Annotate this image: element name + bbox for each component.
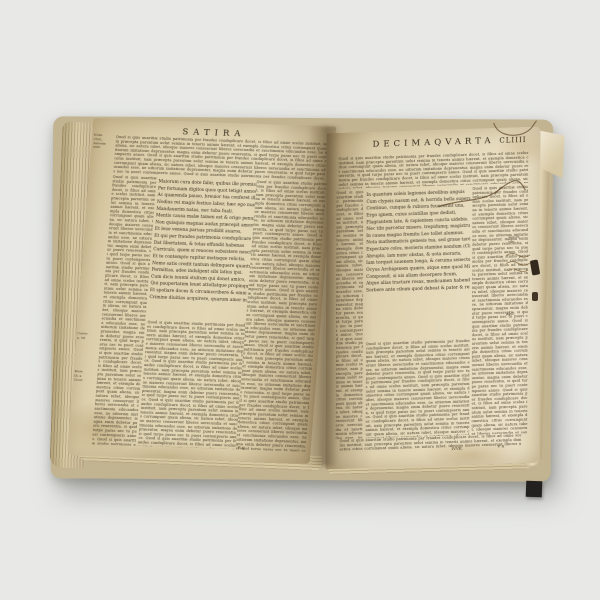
fore-edge-ink-stain [532, 292, 538, 301]
verse-text-block: Maiorum cura dote fabir, quibus ille pro… [148, 178, 257, 319]
signature-mark-right: V ii [497, 443, 521, 453]
commentary-text-block: Quod si quis auaritiæ studio patrimonia … [138, 320, 246, 449]
margin-note-annotatum: Annota tum. [508, 235, 530, 250]
left-page: SATIRA IOAn. CVIL. Antonia num Curtio p.… [67, 118, 336, 464]
photo-background: SATIRA IOAn. CVIL. Antonia num Curtio p.… [0, 0, 600, 600]
handwritten-ink-flourish [434, 177, 529, 216]
handwritten-ink-curve [493, 121, 537, 142]
margin-label-aic: AIC. [506, 311, 528, 321]
book-support-clip [526, 481, 543, 498]
gutter-shadow [305, 126, 342, 466]
margin-note-curtio: Curtio p. 59 [76, 332, 95, 351]
margin-note-commentator: IOAn. CVIL. Antonia num [91, 133, 114, 170]
signature-mark-left: R ij [237, 445, 268, 456]
commentary-text-block: Quod si quis auaritiæ studio patrimonia … [113, 135, 328, 180]
right-page: DECIMAQVARTA CLIIII Quod si quis auariti… [325, 127, 540, 470]
commentary-text-block: Quod si quis auaritiæ studio patrimonia … [366, 339, 470, 438]
commentary-text-block: Quod si quis auaritiæ studio patrimonia … [471, 185, 528, 435]
catchword: IVVE. [451, 446, 481, 456]
margin-note-mors: Mors Gl. a Cicer. [73, 370, 93, 395]
